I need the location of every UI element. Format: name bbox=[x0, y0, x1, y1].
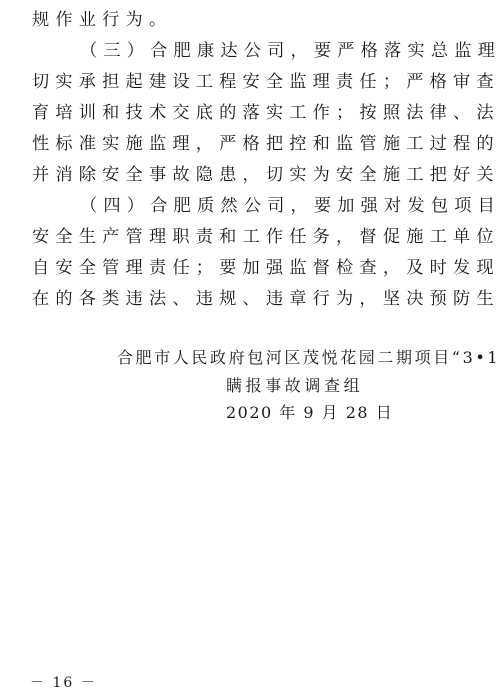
text-line: 规作业行为。 bbox=[32, 7, 472, 38]
document-page: 规作业行为。 （三）合肥康达公司，要严格落实总监理工程师负责制度， 切实承担起建… bbox=[0, 0, 499, 699]
body-text: 规作业行为。 （三）合肥康达公司，要严格落实总监理工程师负责制度， 切实承担起建… bbox=[32, 7, 472, 317]
signature-organization-line2: 瞒报事故调查组 bbox=[226, 373, 363, 396]
page-number: － 16 － bbox=[30, 672, 97, 692]
text-line: 育培训和技术交底的落实工作；按照法律、法规和工程建设强制 bbox=[32, 100, 472, 131]
text-line: 并消除安全事故隐患，切实为安全施工把好关。 bbox=[32, 162, 472, 193]
text-line: 切实承担起建设工程安全监理责任；严格审查施工单位的安全教 bbox=[32, 69, 472, 100]
text-line: 在的各类违法、违规、违章行为，坚决预防生产安全事故的发生。 bbox=[32, 286, 472, 317]
text-line: 安全生产管理职责和工作任务，督促施工单位、监理单位落实各 bbox=[32, 224, 472, 255]
text-line-paragraph-4-start: （四）合肥质然公司，要加强对发包项目的安全管理，细化 bbox=[32, 193, 472, 224]
signature-date: 2020 年 9 月 28 日 bbox=[226, 400, 393, 423]
text-line: 性标准实施监理，严格把控和监管施工过程的风险点，及时发现 bbox=[32, 131, 472, 162]
text-line: 自安全管理责任；要加强监督检查，及时发现、纠正施工现场存 bbox=[32, 255, 472, 286]
text-line-paragraph-3-start: （三）合肥康达公司，要严格落实总监理工程师负责制度， bbox=[32, 38, 472, 69]
signature-organization-line1: 合肥市人民政府包河区茂悦花园二期项目“3•13” bbox=[117, 345, 499, 368]
